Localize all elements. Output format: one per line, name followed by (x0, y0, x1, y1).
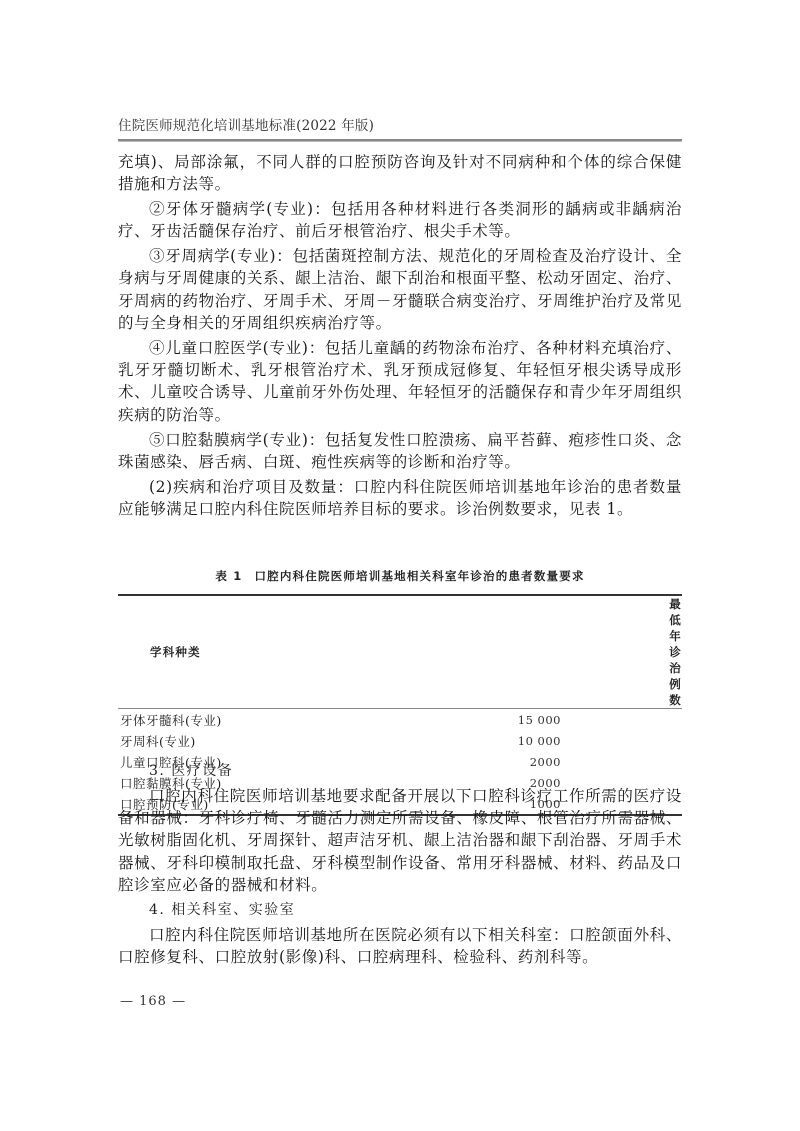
section-heading-departments: 4. 相关科室、实验室 (118, 899, 682, 921)
column-header-min-cases: 最低年诊治例数 (423, 595, 682, 709)
paragraph-oral-mucosa: ⑤口腔黏膜病学(专业)：包括复发性口腔溃疡、扁平苔藓、疱疹性口炎、念珠菌感染、唇… (118, 429, 682, 474)
body-text-after-table: 3. 医疗设备 口腔内科住院医师培训基地要求配备开展以下口腔科诊疗工作所需的医疗… (118, 760, 682, 971)
section-heading-equipment: 3. 医疗设备 (118, 760, 682, 782)
table-row: 牙周科(专业) 10 000 (118, 730, 682, 751)
cell-min-cases: 10 000 (423, 730, 682, 751)
header-rule (118, 139, 682, 142)
body-text-before-table: 充填)、局部涂氟，不同人群的口腔预防咨询及针对不同病种和个体的综合保健措施和方法… (118, 151, 682, 523)
paragraph-continuation: 充填)、局部涂氟，不同人群的口腔预防咨询及针对不同病种和个体的综合保健措施和方法… (118, 151, 682, 196)
page-number: — 168 — (120, 994, 186, 1009)
paragraph-equipment: 口腔内科住院医师培训基地要求配备开展以下口腔科诊疗工作所需的医疗设备和器械：牙科… (118, 785, 682, 896)
paragraph-departments: 口腔内科住院医师培训基地所在医院必须有以下相关科室：口腔颌面外科、口腔修复科、口… (118, 924, 682, 969)
table-caption-title: 口腔内科住院医师培训基地相关科室年诊治的患者数量要求 (254, 569, 584, 583)
table-header-row: 学科种类 最低年诊治例数 (118, 595, 682, 709)
table-caption-number: 表 1 (215, 569, 242, 583)
paragraph-disease-quantity: (2)疾病和治疗项目及数量：口腔内科住院医师培训基地年诊治的患者数量应能够满足口… (118, 476, 682, 521)
paragraph-periodontics: ③牙周病学(专业)：包括菌斑控制方法、规范化的牙周检查及治疗设计、全身病与牙周健… (118, 245, 682, 334)
table-row: 牙体牙髓科(专业) 15 000 (118, 709, 682, 731)
column-header-specialty: 学科种类 (118, 595, 423, 709)
table-caption: 表 1口腔内科住院医师培训基地相关科室年诊治的患者数量要求 (118, 568, 682, 584)
cell-min-cases: 15 000 (423, 709, 682, 731)
paragraph-pediatric-dentistry: ④儿童口腔医学(专业)：包括儿童龋的药物涂布治疗、各种材料充填治疗、乳牙牙髓切断… (118, 337, 682, 426)
running-head: 住院医师规范化培训基地标准(2022 年版) (118, 114, 374, 134)
cell-specialty: 牙周科(专业) (118, 730, 423, 751)
cell-specialty: 牙体牙髓科(专业) (118, 709, 423, 731)
paragraph-endodontics: ②牙体牙髓病学(专业)：包括用各种材料进行各类洞形的龋病或非龋病治疗、牙齿活髓保… (118, 198, 682, 243)
